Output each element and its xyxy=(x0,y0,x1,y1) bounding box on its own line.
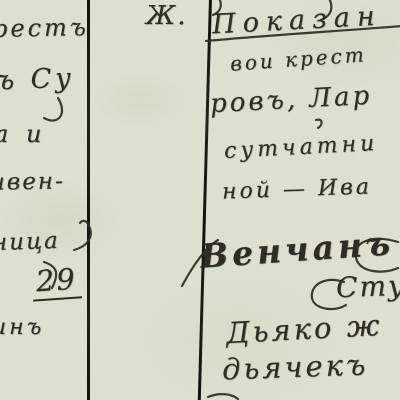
handwritten-word-dyachek: дьячекъ xyxy=(222,350,369,384)
handwritten-fragment-left-7: инъ xyxy=(0,317,44,339)
handwritten-fragment-right-8: Дьяко ж xyxy=(225,311,383,348)
handwritten-fragment-right-4: сутчатни xyxy=(224,133,379,163)
handwritten-fragment-right-2: вои крест xyxy=(229,44,367,73)
handwritten-day-number: 29 xyxy=(31,264,82,301)
handwritten-fragment-left-5: ница xyxy=(0,230,60,255)
column-rule-left xyxy=(87,0,90,400)
handwritten-fragment-right-5: ной — Ива xyxy=(222,176,373,203)
handwritten-word-venchan: Венчанъ xyxy=(199,226,395,272)
handwritten-fragment-right-7: Сту xyxy=(336,272,400,302)
handwritten-fragment-left-3: а и xyxy=(0,122,46,146)
column-rule-right xyxy=(198,0,212,400)
handwritten-fragment-center-1: Ж. xyxy=(146,3,187,29)
handwritten-fragment-left-1: рестъ xyxy=(0,15,89,41)
handwritten-fragment-right-1: Показан xyxy=(211,3,382,39)
scanned-document-page: рестъ ъ Су а и ивен- ница 29 инъ Ж. Пока… xyxy=(0,0,400,400)
handwritten-fragment-right-3: ровъ, Лар xyxy=(209,83,372,117)
handwritten-fragment-left-4: ивен- xyxy=(0,170,65,194)
handwritten-fragment-left-2: ъ Су xyxy=(0,65,75,95)
